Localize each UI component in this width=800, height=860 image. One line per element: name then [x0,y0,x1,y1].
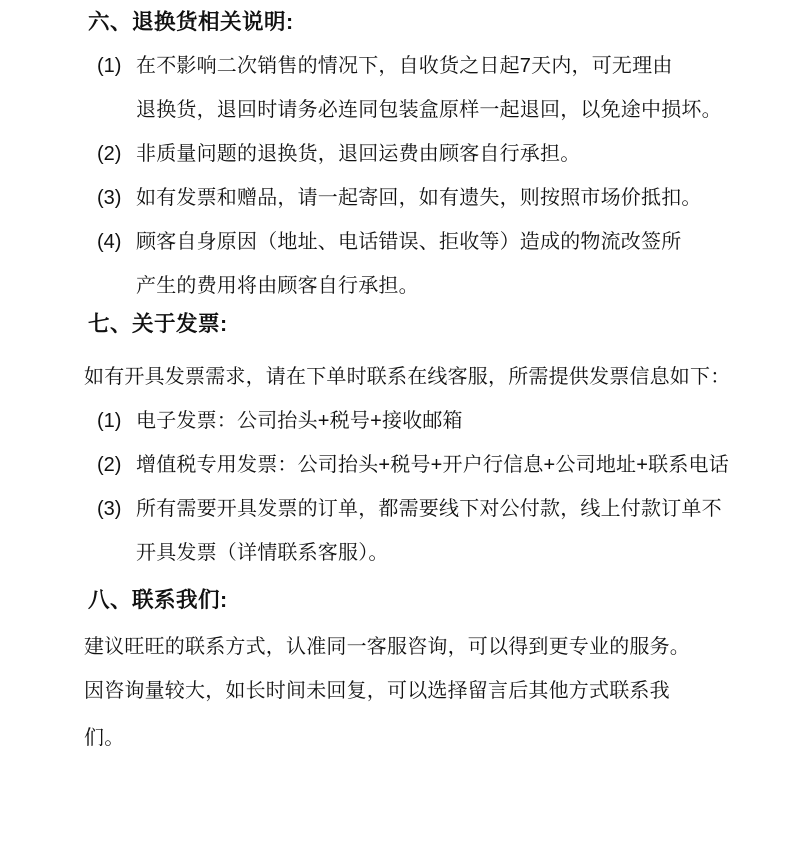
list-item: (2) 增值税专用发票：公司抬头+税号+开户行信息+公司地址+联系电话 [97,443,760,487]
section-invoice: 七、关于发票: 如有开具发票需求，请在下单时联系在线客服，所需提供发票信息如下：… [84,302,760,575]
list-item-marker: (1) [97,399,136,443]
list-item-text: 增值税专用发票：公司抬头+税号+开户行信息+公司地址+联系电话 [136,443,760,487]
text-line: 产生的费用将由顾客自行承担。 [136,264,760,308]
text-line: 如有发票和赠品，请一起寄回，如有遗失，则按照市场价抵扣。 [136,176,760,220]
text-line: 在不影响二次销售的情况下，自收货之日起7天内，可无理由 [136,44,760,88]
list-item: (1) 在不影响二次销售的情况下，自收货之日起7天内，可无理由 退换货，退回时请… [97,44,760,132]
list-item-text: 电子发票：公司抬头+税号+接收邮箱 [136,399,760,443]
list-item-marker: (3) [97,176,136,220]
list-item-text: 非质量问题的退换货，退回运费由顾客自行承担。 [136,132,760,176]
paragraph-line: 因咨询量较大，如长时间未回复，可以选择留言后其他方式联系我 [84,669,760,713]
list-item: (2) 非质量问题的退换货，退回运费由顾客自行承担。 [97,132,760,176]
section-invoice-title: 七、关于发票: [88,302,760,346]
list-item-text: 如有发票和赠品，请一起寄回，如有遗失，则按照市场价抵扣。 [136,176,760,220]
list-item-marker: (2) [97,443,136,487]
list-item-marker: (4) [97,220,136,264]
section-returns-title: 六、退换货相关说明: [88,0,760,44]
paragraph-line: 建议旺旺的联系方式，认准同一客服咨询，可以得到更专业的服务。 [84,625,760,669]
list-item: (3) 如有发票和赠品，请一起寄回，如有遗失，则按照市场价抵扣。 [97,176,760,220]
paragraph-line: 如有开具发票需求，请在下单时联系在线客服，所需提供发票信息如下： [84,355,760,399]
list-item-marker: (1) [97,44,136,88]
text-line: 开具发票（详情联系客服）。 [136,531,760,575]
list-item: (4) 顾客自身原因（地址、电话错误、拒收等）造成的物流改签所 产生的费用将由顾… [97,220,760,308]
text-line: 退换货，退回时请务必连同包装盒原样一起退回，以免途中损坏。 [136,88,760,132]
section-contact-title: 八、联系我们: [88,578,760,622]
text-line: 电子发票：公司抬头+税号+接收邮箱 [136,399,760,443]
list-item: (3) 所有需要开具发票的订单，都需要线下对公付款，线上付款订单不 开具发票（详… [97,487,760,575]
list-item-text: 所有需要开具发票的订单，都需要线下对公付款，线上付款订单不 开具发票（详情联系客… [136,487,760,575]
section-returns: 六、退换货相关说明: (1) 在不影响二次销售的情况下，自收货之日起7天内，可无… [84,0,760,308]
list-item-text: 顾客自身原因（地址、电话错误、拒收等）造成的物流改签所 产生的费用将由顾客自行承… [136,220,760,308]
text-line: 非质量问题的退换货，退回运费由顾客自行承担。 [136,132,760,176]
paragraph-line: 们。 [84,716,760,760]
list-item-marker: (3) [97,487,136,531]
text-line: 所有需要开具发票的订单，都需要线下对公付款，线上付款订单不 [136,487,760,531]
text-line: 增值税专用发票：公司抬头+税号+开户行信息+公司地址+联系电话 [136,443,760,487]
list-item-marker: (2) [97,132,136,176]
list-item: (1) 电子发票：公司抬头+税号+接收邮箱 [97,399,760,443]
list-item-text: 在不影响二次销售的情况下，自收货之日起7天内，可无理由 退换货，退回时请务必连同… [136,44,760,132]
section-contact: 八、联系我们: 建议旺旺的联系方式，认准同一客服咨询，可以得到更专业的服务。 因… [84,578,760,760]
text-line: 顾客自身原因（地址、电话错误、拒收等）造成的物流改签所 [136,220,760,264]
policy-document: 六、退换货相关说明: (1) 在不影响二次销售的情况下，自收货之日起7天内，可无… [0,0,800,860]
